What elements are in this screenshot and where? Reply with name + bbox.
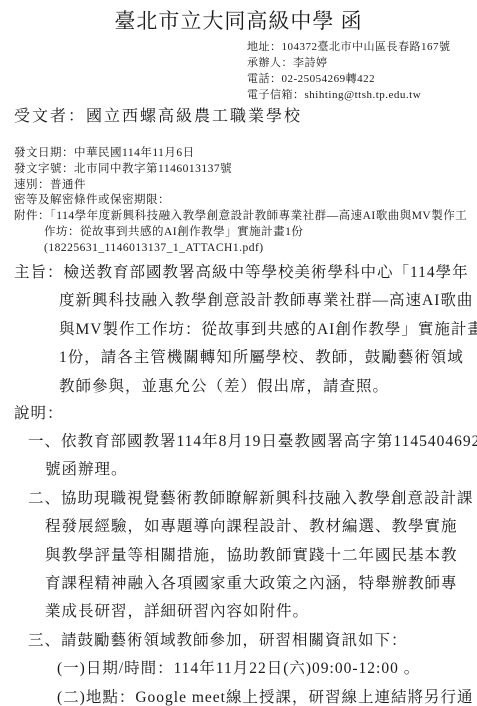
meta-attachment-line: 作坊：從故事到共感的AI創作教學」實施計畫1份 bbox=[14, 225, 467, 241]
sender-address: 地址：104372臺北市中山區長春路167號 bbox=[247, 39, 451, 55]
document-meta-block: 發文日期：中華民國114年11月6日 發文字號：北市同中教字第114601313… bbox=[14, 146, 467, 257]
explanation-item-2-line: 二、協助現職視覺藝術教師瞭解新興科技融入教學創意設計課 bbox=[14, 485, 477, 513]
subject-paragraph: 主旨：檢送教育部國教署高級中等學校美術學科中心「114學年 度新興科技融入教學創… bbox=[14, 259, 477, 401]
subject-line: 度新興科技融入教學創意設計教師專業社群—高速AI歌曲 bbox=[14, 287, 477, 315]
subject-line: 主旨：檢送教育部國教署高級中等學校美術學科中心「114學年 bbox=[14, 259, 477, 287]
sub-item-date-time: (一)日期/時間：114年11月22日(六)09:00-12:00 。 bbox=[14, 655, 477, 683]
explanation-item-2-line: 業成長研習，詳細研習內容如附件。 bbox=[14, 598, 477, 626]
meta-attachment-line: 附件：「114學年度新興科技融入教學創意設計教師專業社群—高速AI歌曲與MV製作… bbox=[14, 209, 467, 225]
subject-line: 教師參與，並惠允公（差）假出席，請查照。 bbox=[14, 373, 477, 401]
document-title: 臺北市立大同高級中學 函 bbox=[0, 8, 477, 34]
meta-security: 密等及解密條件或保密期限： bbox=[14, 193, 467, 209]
explanation-item-2-line: 育課程精神融入各項國家重大政策之內涵，特舉辦教師專 bbox=[14, 570, 477, 598]
sender-contact-person: 承辦人：李詩婷 bbox=[247, 55, 451, 71]
subject-line: 1份，請各主管機關轉知所屬學校、教師，鼓勵藝術領域 bbox=[14, 344, 477, 372]
sender-email: 電子信箱：shihting@ttsh.tp.edu.tw bbox=[247, 87, 451, 103]
meta-attachment-filename: (18225631_1146013137_1_ATTACH1.pdf) bbox=[14, 241, 467, 257]
explanation-item-1-line: 號函辦理。 bbox=[14, 456, 477, 484]
explanation-item-2-line: 程發展經驗，如專題導向課程設計、教材編選、教學實施 bbox=[14, 513, 477, 541]
explanation-item-1-line: 一、依教育部國教署114年8月19日臺教國署高字第1145404692 bbox=[14, 428, 477, 456]
recipient-line: 受文者：國立西螺高級農工職業學校 bbox=[14, 107, 302, 127]
official-letter-page: 臺北市立大同高級中學 函 地址：104372臺北市中山區長春路167號 承辦人：… bbox=[0, 0, 477, 706]
explanation-item-2-line: 與教學評量等相關措施，協助教師實踐十二年國民基本教 bbox=[14, 542, 477, 570]
meta-doc-number: 發文字號：北市同中教字第1146013137號 bbox=[14, 162, 467, 178]
meta-priority: 速別：普通件 bbox=[14, 178, 467, 194]
explanation-label: 說明： bbox=[14, 400, 64, 428]
meta-issue-date: 發文日期：中華民國114年11月6日 bbox=[14, 146, 467, 162]
subject-line: 與MV製作工作坊：從故事到共感的AI創作教學」實施計畫 bbox=[14, 316, 477, 344]
explanation-item-3-line: 三、請鼓勵藝術領域教師參加，研習相關資訊如下： bbox=[14, 627, 477, 655]
sender-info-block: 地址：104372臺北市中山區長春路167號 承辦人：李詩婷 電話：02-250… bbox=[247, 39, 451, 103]
explanation-items: 一、依教育部國教署114年8月19日臺教國署高字第1145404692 號函辦理… bbox=[14, 428, 477, 706]
sender-phone: 電話：02-25054269轉422 bbox=[247, 71, 451, 87]
sub-item-location: (二)地點：Google meet線上授課，研習線上連結將另行通 bbox=[14, 684, 477, 706]
